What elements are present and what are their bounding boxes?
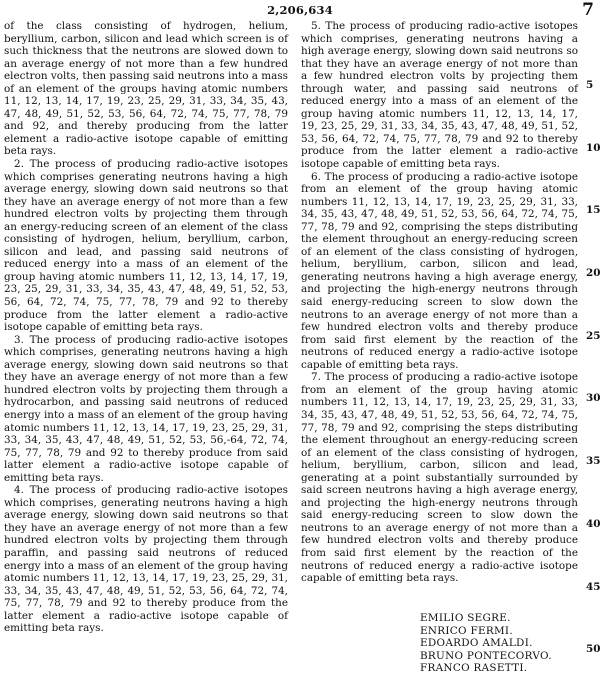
line-number: 40 [586, 518, 600, 530]
line-number: 35 [586, 455, 600, 467]
left-column: of the class consisting of hydrogen, hel… [4, 20, 288, 635]
signature-pontecorvo: BRUNO PONTECORVO. [420, 650, 552, 663]
claim-3: 3. The process of producing radio-active… [4, 334, 288, 485]
line-number: 10 [586, 142, 600, 154]
inventor-signatures: EMILIO SEGRE. ENRICO FERMI. EDOARDO AMAL… [420, 612, 552, 675]
signature-segre: EMILIO SEGRE. [420, 612, 552, 625]
line-number: 30 [586, 392, 600, 404]
claim-7: 7. The process of producing a radio-acti… [301, 371, 578, 584]
page-header: 2,206,634 7 [0, 0, 600, 20]
claim-6: 6. The process of producing a radio-acti… [301, 171, 578, 372]
claim-5: 5. The process of producing radio-active… [301, 20, 578, 171]
claim-2: 2. The process of producing radio-active… [4, 158, 288, 334]
signature-amaldi: EDOARDO AMALDI. [420, 637, 552, 650]
signature-rasetti: FRANCO RASETTI. [420, 662, 552, 675]
patent-number: 2,206,634 [0, 3, 600, 17]
page-number: 7 [582, 0, 594, 20]
line-number: 5 [586, 79, 593, 91]
right-column: 5. The process of producing radio-active… [301, 20, 578, 585]
line-number: 50 [586, 643, 600, 655]
claim-4: 4. The process of producing radio-active… [4, 484, 288, 635]
claim-1-continuation: of the class consisting of hydrogen, hel… [4, 20, 288, 158]
line-number: 25 [586, 330, 600, 342]
line-number: 20 [586, 267, 600, 279]
line-number: 45 [586, 581, 600, 593]
line-number: 15 [586, 204, 600, 216]
signature-fermi: ENRICO FERMI. [420, 625, 552, 638]
